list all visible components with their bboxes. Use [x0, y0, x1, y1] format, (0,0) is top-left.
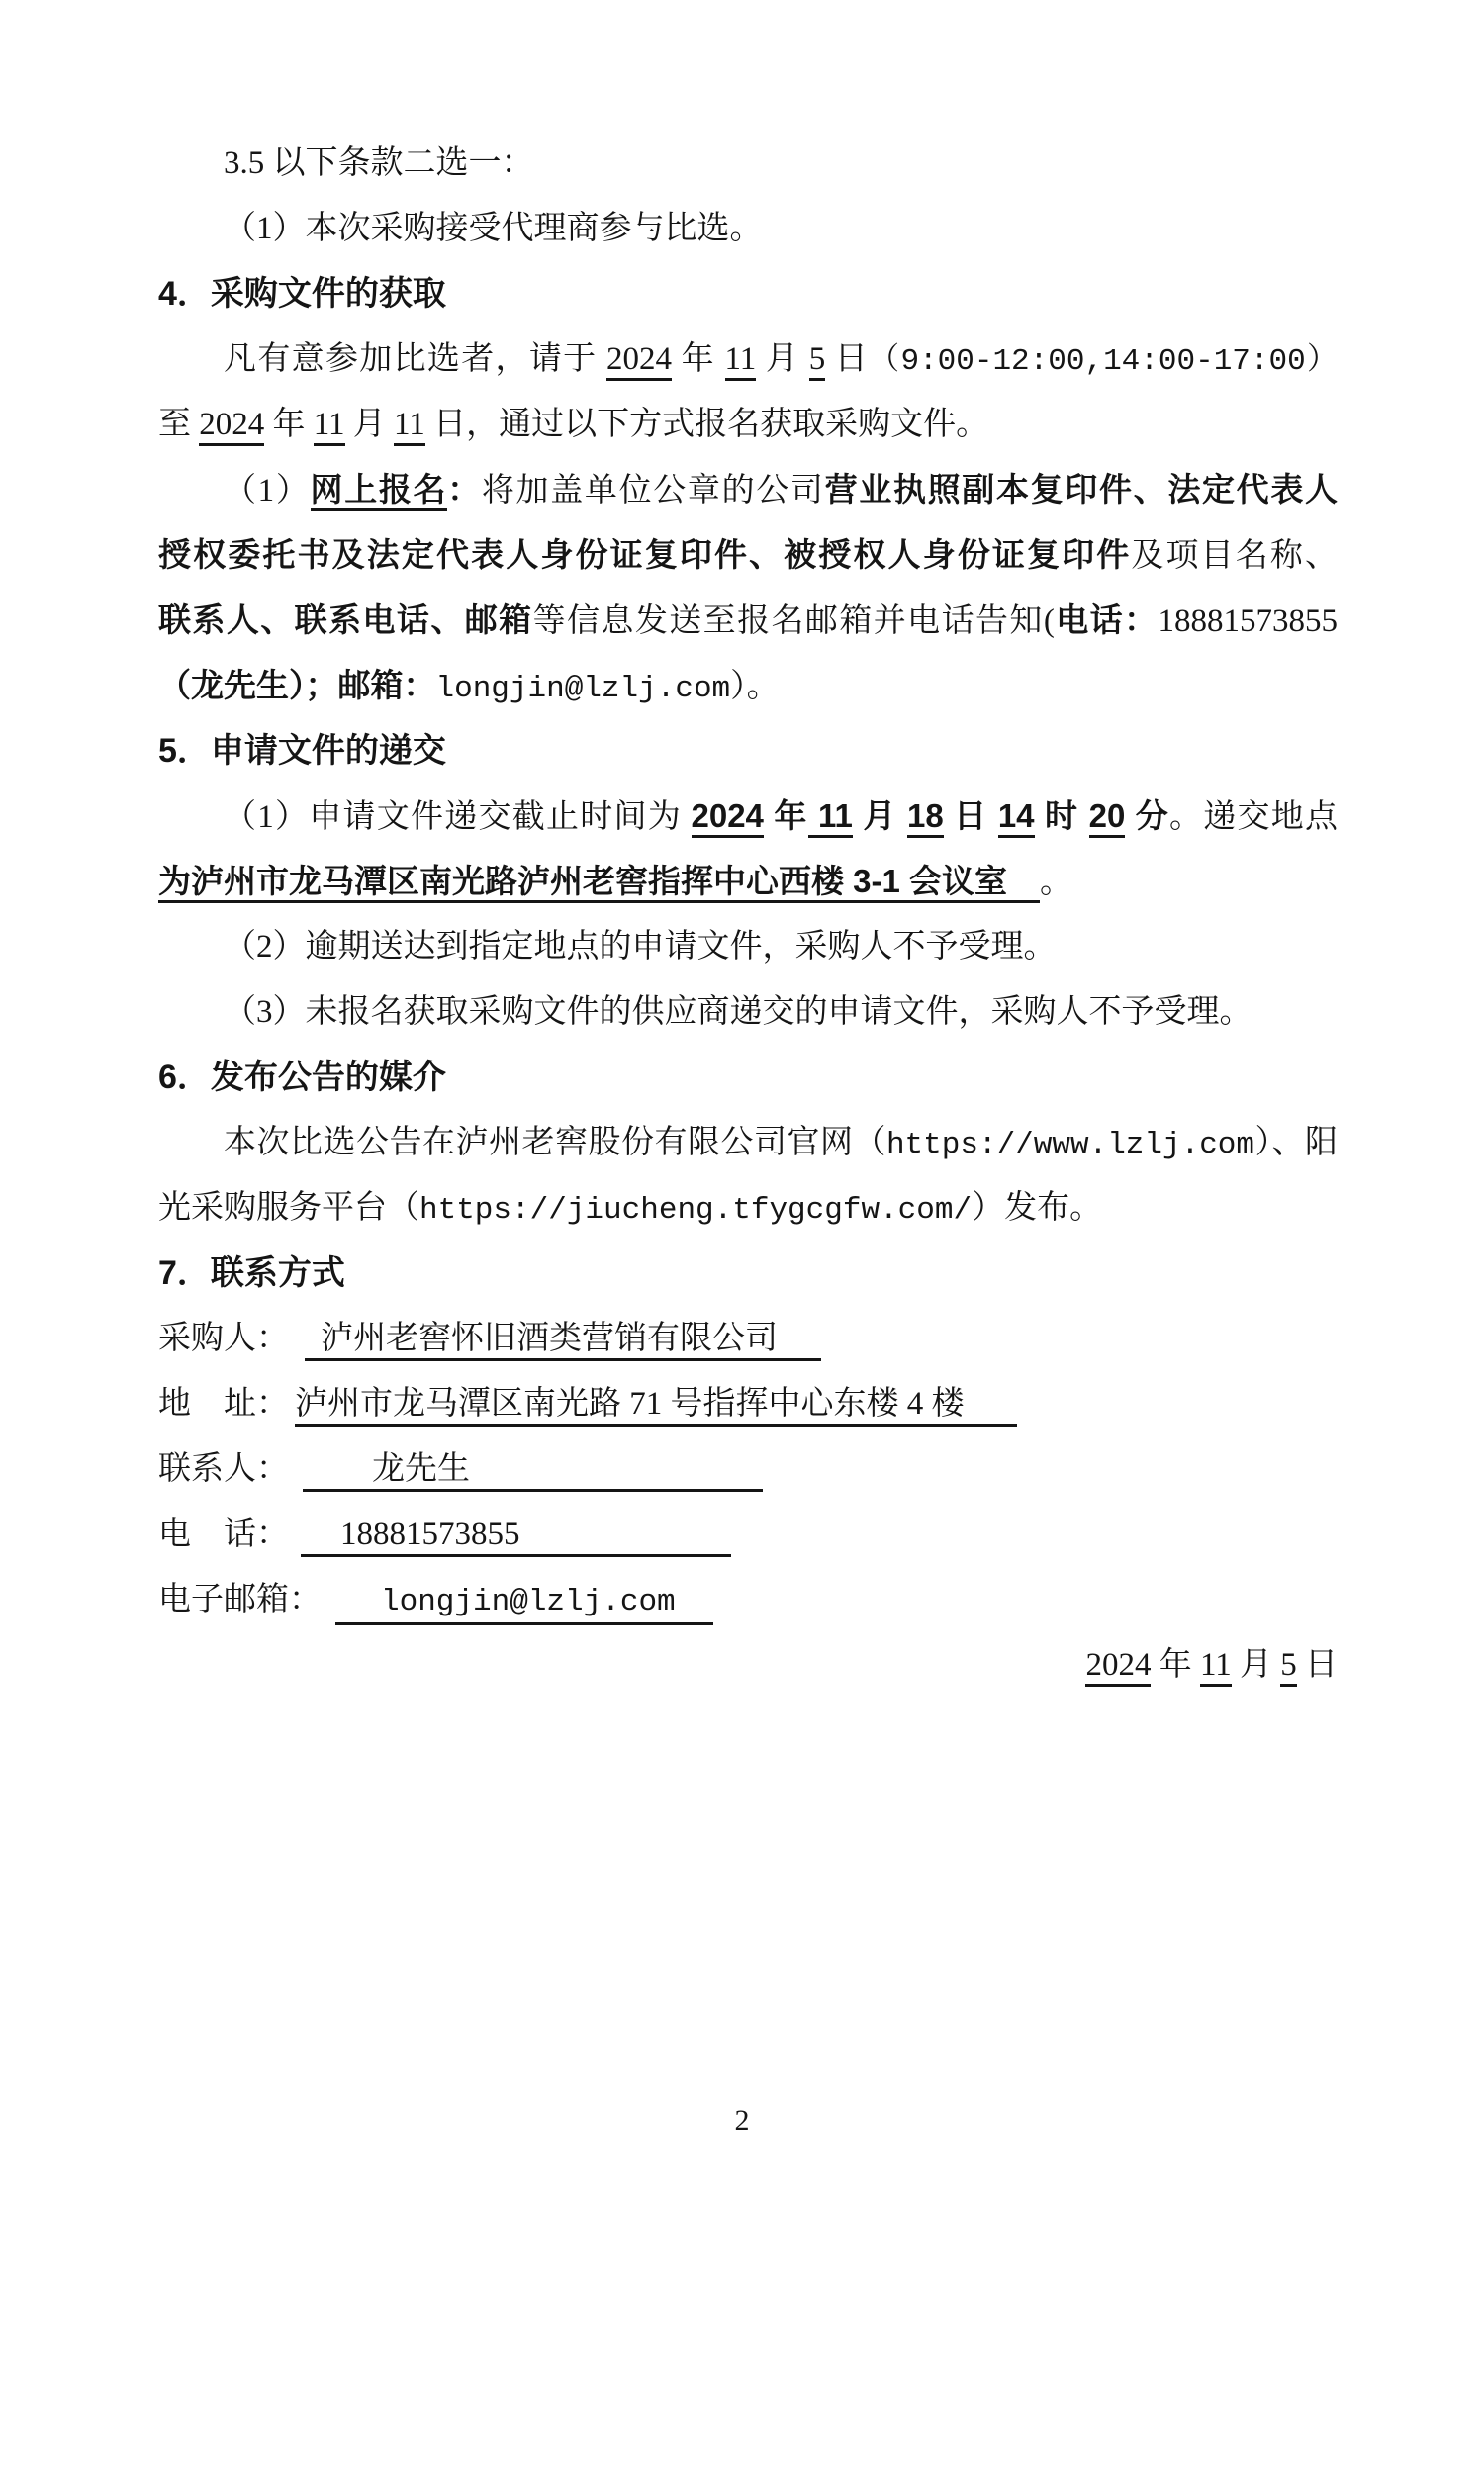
contact-email-row: 电子邮箱：longjin@lzlj.com — [158, 1567, 1338, 1632]
online-registration-line-2: 授权委托书及法定代表人身份证复印件、被授权人身份证复印件及项目名称、 — [158, 522, 1338, 588]
underlined-year: 2024 — [1085, 1647, 1151, 1687]
heading-text: 6．发布公告的媒介 — [158, 1059, 446, 1096]
text-run: （1）申请文件递交截止时间为 — [224, 799, 692, 835]
address-label: 地 址： — [158, 1386, 289, 1422]
section-4-heading: 4．采购文件的获取 — [158, 261, 1338, 326]
underlined-minute: 20 — [1089, 797, 1126, 838]
official-website-url: https://www.lzlj.com — [886, 1128, 1254, 1162]
online-registration-label: 网上报名 — [311, 471, 448, 511]
text-run: 年 — [1151, 1647, 1200, 1683]
buyer-field: 泸州老窖怀旧酒类营销有限公司 — [305, 1319, 821, 1361]
email-label: 电子邮箱： — [158, 1582, 322, 1617]
bold-run: 分 — [1125, 797, 1169, 834]
contact-person-row: 联系人：龙先生 — [158, 1436, 1338, 1502]
text-run: 光采购服务平台（ — [158, 1190, 419, 1226]
contact-buyer-row: 采购人：泸州老窖怀旧酒类营销有限公司 — [158, 1306, 1338, 1371]
text-run: 日，通过以下方式报名获取采购文件。 — [425, 407, 988, 442]
text-run: 凡有意参加比选者，请于 — [224, 341, 606, 377]
bold-run: 年 — [764, 797, 808, 834]
bold-run: 月 — [853, 797, 907, 834]
text-run: 3.5 以下条款二选一： — [224, 145, 534, 181]
delivery-location: 为泸州市龙马潭区南光路泸州老窖指挥中心西楼 3-1 会议室 — [158, 863, 1040, 903]
text-run: （1）本次采购接受代理商参与比选。 — [224, 211, 763, 246]
underlined-month: 11 — [1200, 1647, 1232, 1687]
text-run: 。 — [1040, 865, 1072, 900]
contact-phone-row: 电 话：18881573855 — [158, 1502, 1338, 1567]
text-run: （3）未报名获取采购文件的供应商递交的申请文件，采购人不予受理。 — [224, 994, 1252, 1030]
underlined-day: 11 — [394, 407, 425, 446]
text-run: 等信息发送至报名邮箱并电话告知( — [533, 603, 1055, 639]
online-registration-line-4: （龙先生）；邮箱：longjin@lzlj.com）。 — [158, 653, 1338, 718]
phone-label: 电 话： — [158, 1517, 289, 1552]
bold-run: 联系人、联系电话、邮箱 — [158, 601, 533, 638]
underlined-day: 5 — [809, 341, 826, 381]
section-5-item-2: （2）逾期送达到指定地点的申请文件，采购人不予受理。 — [158, 914, 1338, 979]
section-4-intro-line-2: 至 2024 年 11 月 11 日，通过以下方式报名获取采购文件。 — [158, 392, 1338, 457]
text-run: ）发布。 — [972, 1190, 1102, 1226]
delivery-location-line: 为泸州市龙马潭区南光路泸州老窖指挥中心西楼 3-1 会议室 。 — [158, 849, 1338, 914]
text-run: 月 — [345, 407, 395, 442]
contact-person-label: 联系人： — [158, 1451, 289, 1487]
text-run: ）。 — [730, 669, 780, 704]
text-run: 年 — [672, 341, 724, 377]
phone-field: 18881573855 — [301, 1515, 731, 1557]
page-footer: 2 — [0, 2101, 1484, 2141]
clause-3-5-item-1: （1）本次采购接受代理商参与比选。 — [158, 196, 1338, 261]
list-number: （1） — [224, 473, 311, 508]
underlined-year: 2024 — [692, 797, 764, 838]
heading-text: 4．采购文件的获取 — [158, 275, 446, 313]
underlined-month: 11 — [725, 341, 757, 381]
text-run: 日 — [825, 341, 869, 377]
underlined-year: 2024 — [199, 407, 264, 446]
deadline-line: （1）申请文件递交截止时间为 2024 年 11 月 18 日 14 时 20 … — [158, 784, 1338, 849]
text-run: 至 — [158, 407, 199, 442]
online-registration-line-1: （1）网上报名：将加盖单位公章的公司营业执照副本复印件、法定代表人 — [158, 457, 1338, 522]
phone-label: 电话： — [1055, 601, 1159, 638]
text-run: ）、阳 — [1254, 1125, 1338, 1160]
underlined-month: 11 — [314, 407, 345, 446]
text-run: 及项目名称、 — [1131, 538, 1338, 574]
bold-run: （龙先生）；邮箱： — [158, 667, 436, 703]
contact-address-row: 地 址：泸州市龙马潭区南光路 71 号指挥中心东楼 4 楼 — [158, 1371, 1338, 1436]
page-number: 2 — [735, 2104, 750, 2137]
text-run: 日 — [1297, 1647, 1338, 1683]
announcement-media-line-1: 本次比选公告在泸州老窖股份有限公司官网（https://www.lzlj.com… — [158, 1110, 1338, 1175]
heading-text: 7．联系方式 — [158, 1254, 345, 1292]
buyer-label: 采购人： — [158, 1321, 289, 1356]
bold-run: 授权委托书及法定代表人身份证复印件、被授权人身份证复印件 — [158, 536, 1131, 573]
procurement-platform-url: https://jiucheng.tfygcgfw.com/ — [419, 1193, 972, 1228]
text-run: ： — [447, 471, 482, 507]
text-run: 将加盖单位公章的公司 — [482, 473, 825, 508]
bold-run: 日 — [944, 797, 998, 834]
time-range: （9:00-12:00,14:00-17:00） — [869, 344, 1338, 379]
section-5-item-3: （3）未报名获取采购文件的供应商递交的申请文件，采购人不予受理。 — [158, 979, 1338, 1045]
phone-number: 18881573855 — [1159, 603, 1339, 639]
clause-3-5-line: 3.5 以下条款二选一： — [158, 131, 1338, 196]
bold-run: 时 — [1035, 797, 1089, 834]
underlined-hour: 14 — [998, 797, 1035, 838]
section-5-heading: 5．申请文件的递交 — [158, 718, 1338, 784]
address-field: 泸州市龙马潭区南光路 71 号指挥中心东楼 4 楼 — [295, 1384, 1017, 1427]
email-field: longjin@lzlj.com — [335, 1583, 713, 1625]
heading-text: 5．申请文件的递交 — [158, 732, 446, 770]
signature-date-line: 2024 年 11 月 5 日 — [158, 1632, 1338, 1698]
text-run: 月 — [1232, 1647, 1281, 1683]
document-page: 3.5 以下条款二选一： （1）本次采购接受代理商参与比选。 4．采购文件的获取… — [0, 0, 1484, 2491]
document-body: 3.5 以下条款二选一： （1）本次采购接受代理商参与比选。 4．采购文件的获取… — [158, 131, 1338, 1698]
bold-run: 营业执照副本复印件、法定代表人 — [825, 471, 1338, 507]
underlined-day: 5 — [1280, 1647, 1297, 1687]
text-run: 月 — [756, 341, 808, 377]
underlined-month: 11 — [808, 797, 853, 838]
underlined-year: 2024 — [606, 341, 672, 381]
online-registration-line-3: 联系人、联系电话、邮箱等信息发送至报名邮箱并电话告知(电话：1888157385… — [158, 588, 1338, 653]
section-4-intro-line-1: 凡有意参加比选者，请于 2024 年 11 月 5 日（9:00-12:00,1… — [158, 326, 1338, 392]
email-address: longjin@lzlj.com — [436, 672, 731, 706]
contact-person-field: 龙先生 — [303, 1449, 763, 1492]
text-run: 本次比选公告在泸州老窖股份有限公司官网（ — [224, 1125, 886, 1160]
underlined-day: 18 — [907, 797, 944, 838]
text-run: （2）逾期送达到指定地点的申请文件，采购人不予受理。 — [224, 929, 1057, 965]
text-run: 年 — [264, 407, 314, 442]
text-run: 。递交地点 — [1169, 799, 1338, 835]
section-7-heading: 7．联系方式 — [158, 1241, 1338, 1306]
announcement-media-line-2: 光采购服务平台（https://jiucheng.tfygcgfw.com/）发… — [158, 1175, 1338, 1241]
section-6-heading: 6．发布公告的媒介 — [158, 1045, 1338, 1110]
